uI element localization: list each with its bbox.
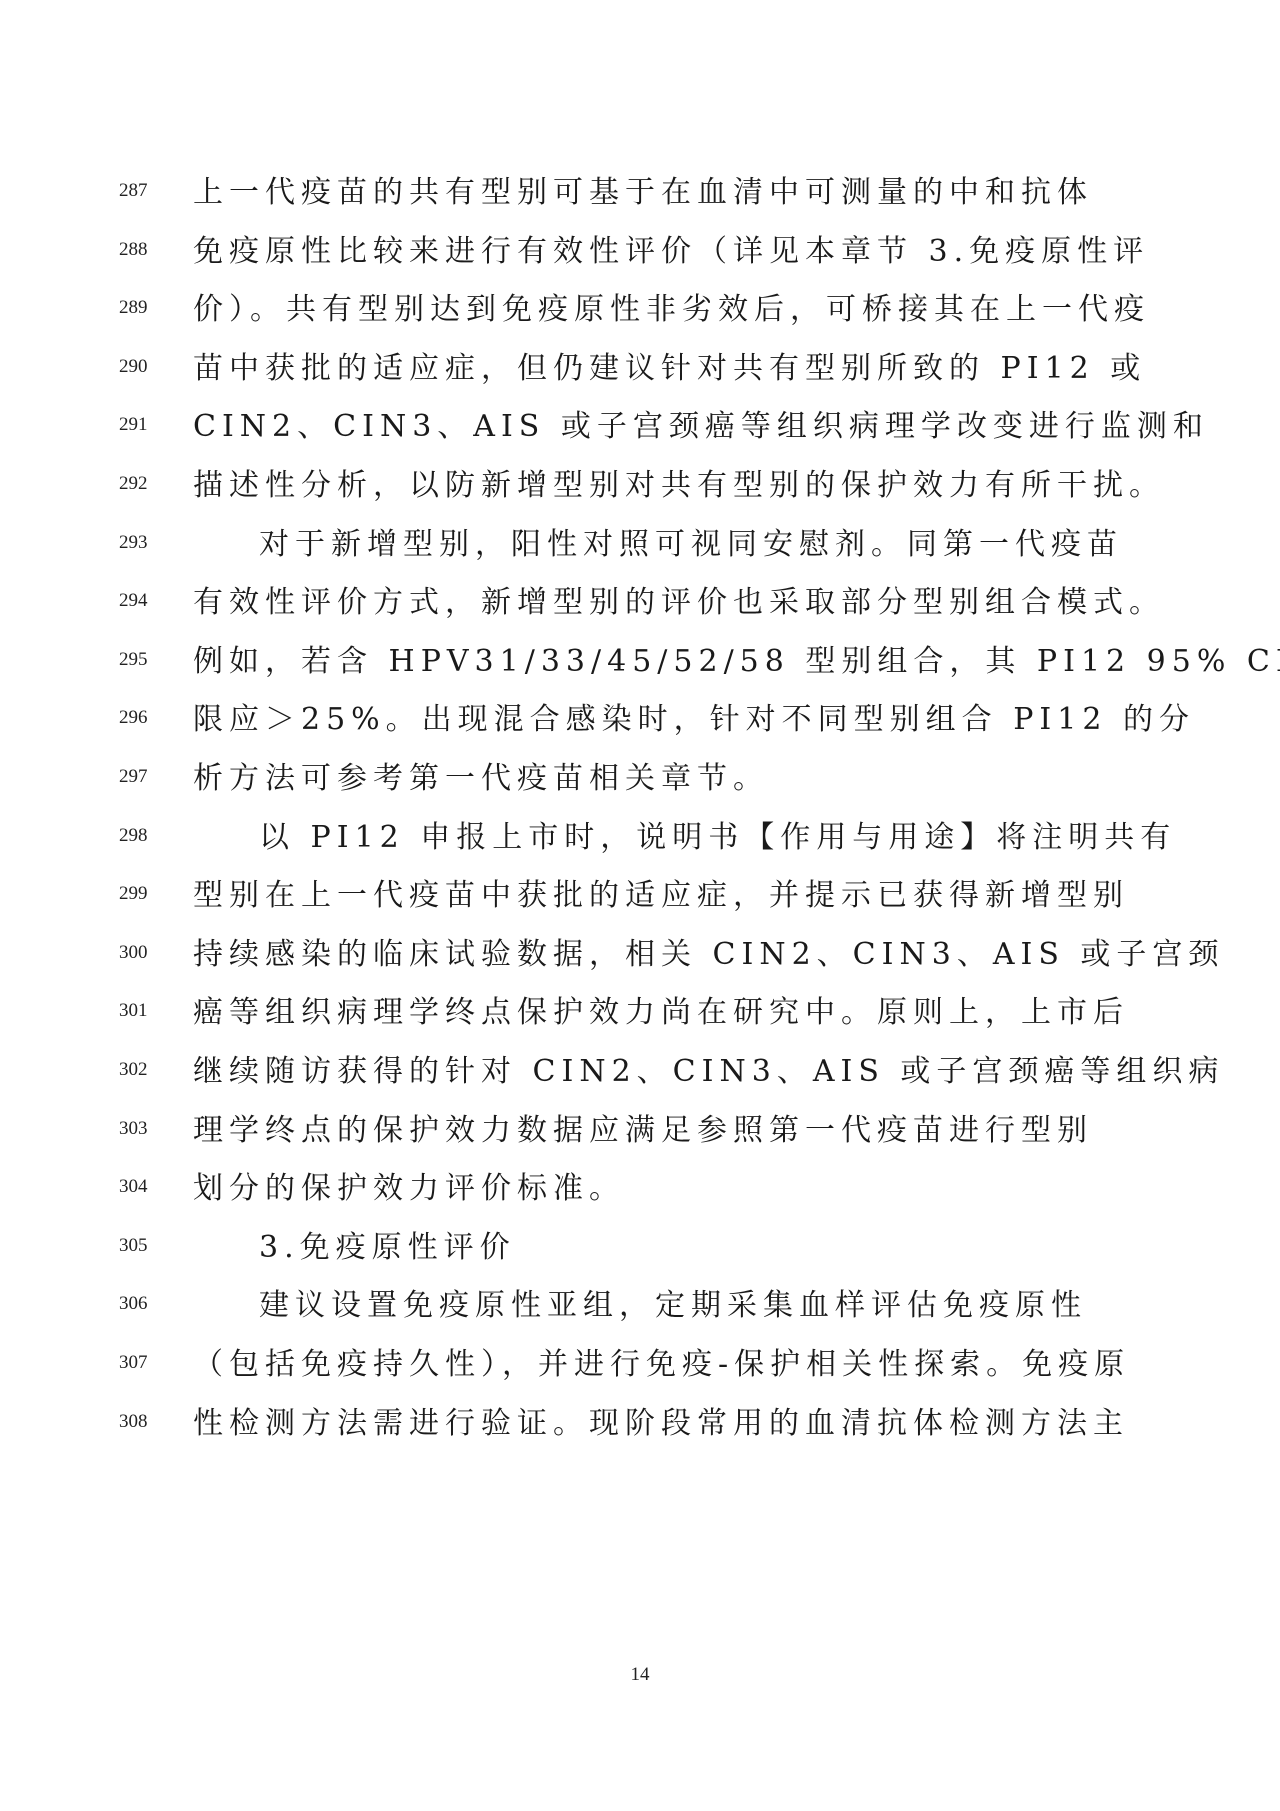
line-number: 297 [119, 766, 148, 788]
line-text: 对于新增型别，阳性对照可视同安慰剂。同第一代疫苗 [193, 516, 1085, 574]
line-number: 307 [119, 1352, 148, 1374]
line-text: 描述性分析，以防新增型别对共有型别的保护效力有所干扰。 [193, 457, 1085, 515]
document-line: 297析方法可参考第一代疫苗相关章节。 [0, 750, 1280, 808]
line-text: 限应＞25%。出现混合感染时，针对不同型别组合 PI12 的分 [193, 691, 1085, 749]
document-line: 3053.免疫原性评价 [0, 1219, 1280, 1277]
line-text: CIN2、CIN3、AIS 或子宫颈癌等组织病理学改变进行监测和 [193, 398, 1085, 456]
line-text: 苗中获批的适应症，但仍建议针对共有型别所致的 PI12 或 [193, 340, 1085, 398]
document-line: 304划分的保护效力评价标准。 [0, 1160, 1280, 1218]
line-number: 299 [119, 883, 148, 905]
document-line: 303理学终点的保护效力数据应满足参照第一代疫苗进行型别 [0, 1102, 1280, 1160]
line-number: 296 [119, 707, 148, 729]
line-number: 302 [119, 1059, 148, 1081]
document-line: 296限应＞25%。出现混合感染时，针对不同型别组合 PI12 的分 [0, 691, 1280, 749]
line-text: 性检测方法需进行验证。现阶段常用的血清抗体检测方法主 [193, 1395, 1085, 1453]
line-text: 建议设置免疫原性亚组，定期采集血样评估免疫原性 [193, 1277, 1085, 1335]
line-text: 癌等组织病理学终点保护效力尚在研究中。原则上，上市后 [193, 984, 1085, 1042]
document-line: 301癌等组织病理学终点保护效力尚在研究中。原则上，上市后 [0, 984, 1280, 1042]
document-line: 288免疫原性比较来进行有效性评价（详见本章节 3.免疫原性评 [0, 223, 1280, 281]
line-text: 有效性评价方式，新增型别的评价也采取部分型别组合模式。 [193, 574, 1085, 632]
line-text: （包括免疫持久性），并进行免疫-保护相关性探索。免疫原 [193, 1336, 1085, 1394]
document-line: 290苗中获批的适应症，但仍建议针对共有型别所致的 PI12 或 [0, 340, 1280, 398]
line-number: 304 [119, 1176, 148, 1198]
line-text: 型别在上一代疫苗中获批的适应症，并提示已获得新增型别 [193, 867, 1085, 925]
line-number: 306 [119, 1293, 148, 1315]
document-page: 287上一代疫苗的共有型别可基于在血清中可测量的中和抗体288免疫原性比较来进行… [0, 0, 1280, 1811]
line-number: 293 [119, 532, 148, 554]
document-line: 294有效性评价方式，新增型别的评价也采取部分型别组合模式。 [0, 574, 1280, 632]
document-line: 300持续感染的临床试验数据，相关 CIN2、CIN3、AIS 或子宫颈 [0, 926, 1280, 984]
line-number: 295 [119, 649, 148, 671]
line-number: 301 [119, 1000, 148, 1022]
document-line: 306建议设置免疫原性亚组，定期采集血样评估免疫原性 [0, 1277, 1280, 1335]
line-number: 303 [119, 1118, 148, 1140]
line-text: 划分的保护效力评价标准。 [193, 1160, 1085, 1218]
document-line: 308性检测方法需进行验证。现阶段常用的血清抗体检测方法主 [0, 1395, 1280, 1453]
document-line: 292描述性分析，以防新增型别对共有型别的保护效力有所干扰。 [0, 457, 1280, 515]
document-line: 299型别在上一代疫苗中获批的适应症，并提示已获得新增型别 [0, 867, 1280, 925]
document-line: 291CIN2、CIN3、AIS 或子宫颈癌等组织病理学改变进行监测和 [0, 398, 1280, 456]
document-line: 307（包括免疫持久性），并进行免疫-保护相关性探索。免疫原 [0, 1336, 1280, 1394]
line-text: 理学终点的保护效力数据应满足参照第一代疫苗进行型别 [193, 1102, 1085, 1160]
document-line: 287上一代疫苗的共有型别可基于在血清中可测量的中和抗体 [0, 164, 1280, 222]
document-line: 289价）。共有型别达到免疫原性非劣效后，可桥接其在上一代疫 [0, 281, 1280, 339]
page-number: 14 [0, 1664, 1280, 1686]
line-text: 以 PI12 申报上市时，说明书【作用与用途】将注明共有 [193, 809, 1085, 867]
line-text: 持续感染的临床试验数据，相关 CIN2、CIN3、AIS 或子宫颈 [193, 926, 1085, 984]
line-number: 308 [119, 1411, 148, 1433]
line-number: 288 [119, 239, 148, 261]
document-line: 302继续随访获得的针对 CIN2、CIN3、AIS 或子宫颈癌等组织病 [0, 1043, 1280, 1101]
line-text: 例如，若含 HPV31/33/45/52/58 型别组合，其 PI12 95% … [193, 633, 1085, 691]
document-line: 295例如，若含 HPV31/33/45/52/58 型别组合，其 PI12 9… [0, 633, 1280, 691]
document-line: 298以 PI12 申报上市时，说明书【作用与用途】将注明共有 [0, 809, 1280, 867]
line-number: 294 [119, 590, 148, 612]
line-text: 继续随访获得的针对 CIN2、CIN3、AIS 或子宫颈癌等组织病 [193, 1043, 1085, 1101]
line-number: 292 [119, 473, 148, 495]
line-text: 价）。共有型别达到免疫原性非劣效后，可桥接其在上一代疫 [193, 281, 1085, 339]
line-number: 300 [119, 942, 148, 964]
line-text: 上一代疫苗的共有型别可基于在血清中可测量的中和抗体 [193, 164, 1085, 222]
line-number: 290 [119, 356, 148, 378]
line-number: 291 [119, 414, 148, 436]
document-line: 293对于新增型别，阳性对照可视同安慰剂。同第一代疫苗 [0, 516, 1280, 574]
line-number: 289 [119, 297, 148, 319]
line-text: 3.免疫原性评价 [193, 1219, 1085, 1277]
line-number: 287 [119, 180, 148, 202]
line-text: 免疫原性比较来进行有效性评价（详见本章节 3.免疫原性评 [193, 223, 1085, 281]
line-text: 析方法可参考第一代疫苗相关章节。 [193, 750, 1085, 808]
line-number: 305 [119, 1235, 148, 1257]
line-number: 298 [119, 825, 148, 847]
